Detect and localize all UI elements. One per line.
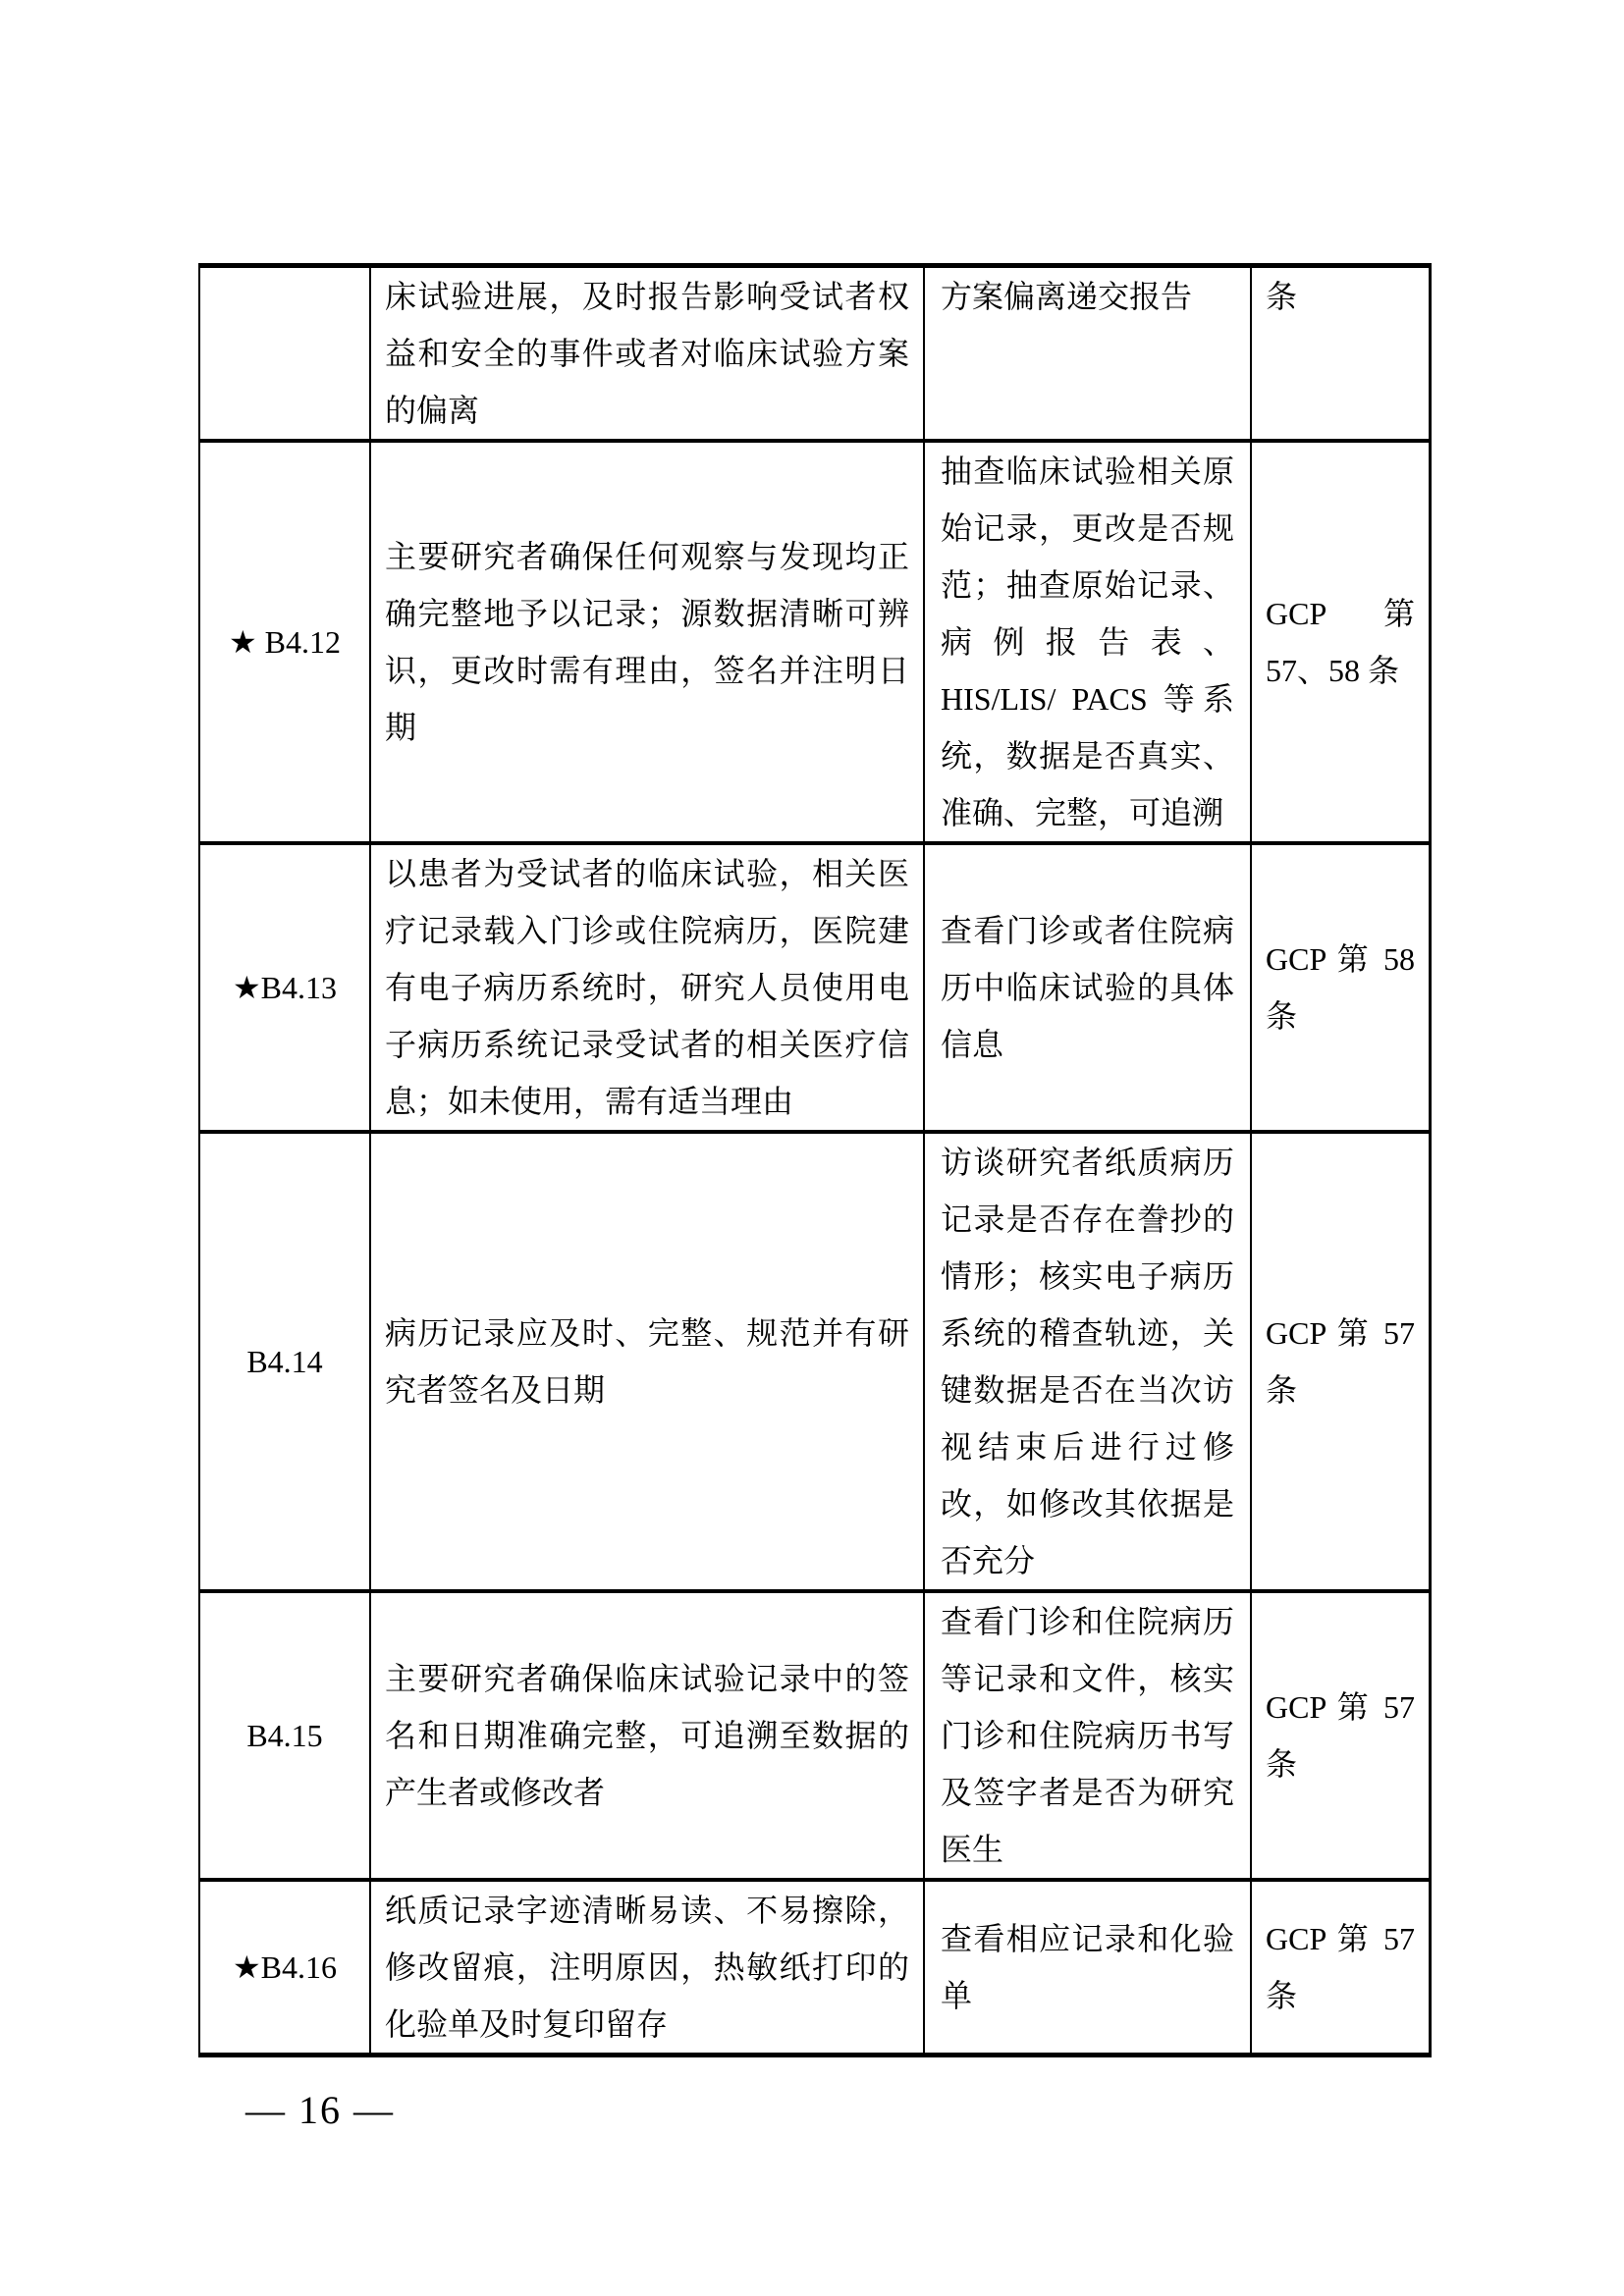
text-line: ★B4.16	[233, 1939, 337, 1996]
text-line: 纸质记录字迹清晰易读、不易擦除，	[385, 1882, 909, 1939]
text-line: 床试验进展，及时报告影响受试者权	[385, 268, 909, 325]
text-line: 访谈研究者纸质病历	[941, 1134, 1234, 1191]
requirement-cell: 主要研究者确保临床试验记录中的签名和日期准确完整，可追溯至数据的产生者或修改者	[371, 1593, 925, 1878]
requirement-cell: 主要研究者确保任何观察与发现均正确完整地予以记录；源数据清晰可辨识，更改时需有理…	[371, 443, 925, 841]
text-line: 视结束后进行过修	[941, 1418, 1234, 1475]
gcp-reference-cell: 条	[1252, 268, 1429, 439]
table-row: ★B4.16 纸质记录字迹清晰易读、不易擦除，修改留痕，注明原因，热敏纸打印的化…	[200, 1882, 1429, 2053]
text-line: 期	[385, 699, 909, 756]
text-line: 等记录和文件，核实	[941, 1650, 1234, 1707]
item-id-cell: ★B4.13	[200, 845, 371, 1130]
text-line: ★B4.13	[233, 959, 337, 1016]
text-line: 病例报告表、	[941, 614, 1234, 670]
text-line: GCP 第 57	[1266, 1305, 1415, 1362]
text-line: 条	[1266, 1362, 1415, 1418]
text-line: HIS/LIS/ PACS 等系	[941, 670, 1234, 727]
text-line: 息；如未使用，需有适当理由	[385, 1073, 909, 1130]
text-line: GCP 第 57	[1266, 1679, 1415, 1735]
text-line: 条	[1266, 268, 1415, 325]
gcp-reference-cell: GCP 第57、58 条	[1252, 443, 1429, 841]
text-line: 查看门诊或者住院病	[941, 902, 1234, 959]
table-row: B4.14 病历记录应及时、完整、规范并有研究者签名及日期 访谈研究者纸质病历记…	[200, 1134, 1429, 1593]
inspection-method-cell: 查看门诊或者住院病历中临床试验的具体信息	[925, 845, 1252, 1130]
text-line: 键数据是否在当次访	[941, 1362, 1234, 1418]
requirement-cell: 以患者为受试者的临床试验，相关医疗记录载入门诊或住院病历，医院建有电子病历系统时…	[371, 845, 925, 1130]
text-line: 究者签名及日期	[385, 1362, 909, 1418]
text-line: 方案偏离递交报告	[941, 268, 1234, 325]
table-row: ★ B4.12 主要研究者确保任何观察与发现均正确完整地予以记录；源数据清晰可辨…	[200, 443, 1429, 845]
text-line: 化验单及时复印留存	[385, 1996, 909, 2053]
text-line: 及签字者是否为研究	[941, 1764, 1234, 1821]
text-line: 57、58 条	[1266, 642, 1415, 699]
item-id-cell: B4.14	[200, 1134, 371, 1589]
text-line: 查看相应记录和化验	[941, 1910, 1234, 1967]
text-line: 单	[941, 1967, 1234, 2024]
text-line: 医生	[941, 1821, 1234, 1878]
table-row: B4.15 主要研究者确保临床试验记录中的签名和日期准确完整，可追溯至数据的产生…	[200, 1593, 1429, 1882]
text-line: 信息	[941, 1016, 1234, 1073]
text-line: 有电子病历系统时，研究人员使用电	[385, 959, 909, 1016]
text-line: 历中临床试验的具体	[941, 959, 1234, 1016]
table-row: 床试验进展，及时报告影响受试者权益和安全的事件或者对临床试验方案的偏离 方案偏离…	[200, 268, 1429, 443]
text-line: GCP 第 57	[1266, 1910, 1415, 1967]
text-line: GCP 第	[1266, 585, 1415, 642]
text-line: 统，数据是否真实、	[941, 727, 1234, 784]
table-row: ★B4.13 以患者为受试者的临床试验，相关医疗记录载入门诊或住院病历，医院建有…	[200, 845, 1429, 1134]
text-line: B4.15	[246, 1707, 322, 1764]
gcp-checklist-table: 床试验进展，及时报告影响受试者权益和安全的事件或者对临床试验方案的偏离 方案偏离…	[198, 263, 1432, 2057]
text-line: 抽查临床试验相关原	[941, 443, 1234, 500]
text-line: 查看门诊和住院病历	[941, 1593, 1234, 1650]
text-line: 产生者或修改者	[385, 1764, 909, 1821]
item-id-cell: B4.15	[200, 1593, 371, 1878]
text-line: 准确、完整，可追溯	[941, 784, 1234, 841]
text-line: 记录是否存在誊抄的	[941, 1191, 1234, 1248]
page-number: — 16 —	[245, 2083, 395, 2138]
text-line: 始记录，更改是否规	[941, 500, 1234, 557]
text-line: 条	[1266, 1735, 1415, 1792]
text-line: 改，如修改其依据是	[941, 1475, 1234, 1532]
text-line: 主要研究者确保临床试验记录中的签	[385, 1650, 909, 1707]
gcp-reference-cell: GCP 第 58条	[1252, 845, 1429, 1130]
text-line: 门诊和住院病历书写	[941, 1707, 1234, 1764]
text-line: 识，更改时需有理由，签名并注明日	[385, 642, 909, 699]
gcp-reference-cell: GCP 第 57条	[1252, 1882, 1429, 2053]
gcp-reference-cell: GCP 第 57条	[1252, 1593, 1429, 1878]
inspection-method-cell: 抽查临床试验相关原始记录，更改是否规范；抽查原始记录、病例报告表、HIS/LIS…	[925, 443, 1252, 841]
inspection-method-cell: 查看门诊和住院病历等记录和文件，核实门诊和住院病历书写及签字者是否为研究医生	[925, 1593, 1252, 1878]
text-line: ★ B4.12	[229, 614, 341, 670]
text-line: 益和安全的事件或者对临床试验方案	[385, 325, 909, 382]
inspection-method-cell: 查看相应记录和化验单	[925, 1882, 1252, 2053]
text-line: 主要研究者确保任何观察与发现均正	[385, 528, 909, 585]
item-id-cell: ★B4.16	[200, 1882, 371, 2053]
text-line: 否充分	[941, 1532, 1234, 1589]
text-line: 条	[1266, 988, 1415, 1044]
text-line: 病历记录应及时、完整、规范并有研	[385, 1305, 909, 1362]
text-line: 子病历系统记录受试者的相关医疗信	[385, 1016, 909, 1073]
text-line: 名和日期准确完整，可追溯至数据的	[385, 1707, 909, 1764]
text-line: B4.14	[246, 1333, 322, 1390]
requirement-cell: 床试验进展，及时报告影响受试者权益和安全的事件或者对临床试验方案的偏离	[371, 268, 925, 439]
text-line: GCP 第 58	[1266, 931, 1415, 988]
requirement-cell: 病历记录应及时、完整、规范并有研究者签名及日期	[371, 1134, 925, 1589]
text-line: 修改留痕，注明原因，热敏纸打印的	[385, 1939, 909, 1996]
text-line: 以患者为受试者的临床试验，相关医	[385, 845, 909, 902]
inspection-method-cell: 访谈研究者纸质病历记录是否存在誊抄的情形；核实电子病历系统的稽查轨迹，关键数据是…	[925, 1134, 1252, 1589]
item-id-cell	[200, 268, 371, 439]
text-line: 确完整地予以记录；源数据清晰可辨	[385, 585, 909, 642]
text-line: 情形；核实电子病历	[941, 1248, 1234, 1305]
text-line: 范；抽查原始记录、	[941, 557, 1234, 614]
requirement-cell: 纸质记录字迹清晰易读、不易擦除，修改留痕，注明原因，热敏纸打印的化验单及时复印留…	[371, 1882, 925, 2053]
item-id-cell: ★ B4.12	[200, 443, 371, 841]
text-line: 系统的稽查轨迹，关	[941, 1305, 1234, 1362]
text-line: 的偏离	[385, 382, 909, 439]
inspection-method-cell: 方案偏离递交报告	[925, 268, 1252, 439]
document-page: 床试验进展，及时报告影响受试者权益和安全的事件或者对临床试验方案的偏离 方案偏离…	[0, 0, 1624, 2296]
gcp-reference-cell: GCP 第 57条	[1252, 1134, 1429, 1589]
text-line: 条	[1266, 1967, 1415, 2024]
text-line: 疗记录载入门诊或住院病历，医院建	[385, 902, 909, 959]
